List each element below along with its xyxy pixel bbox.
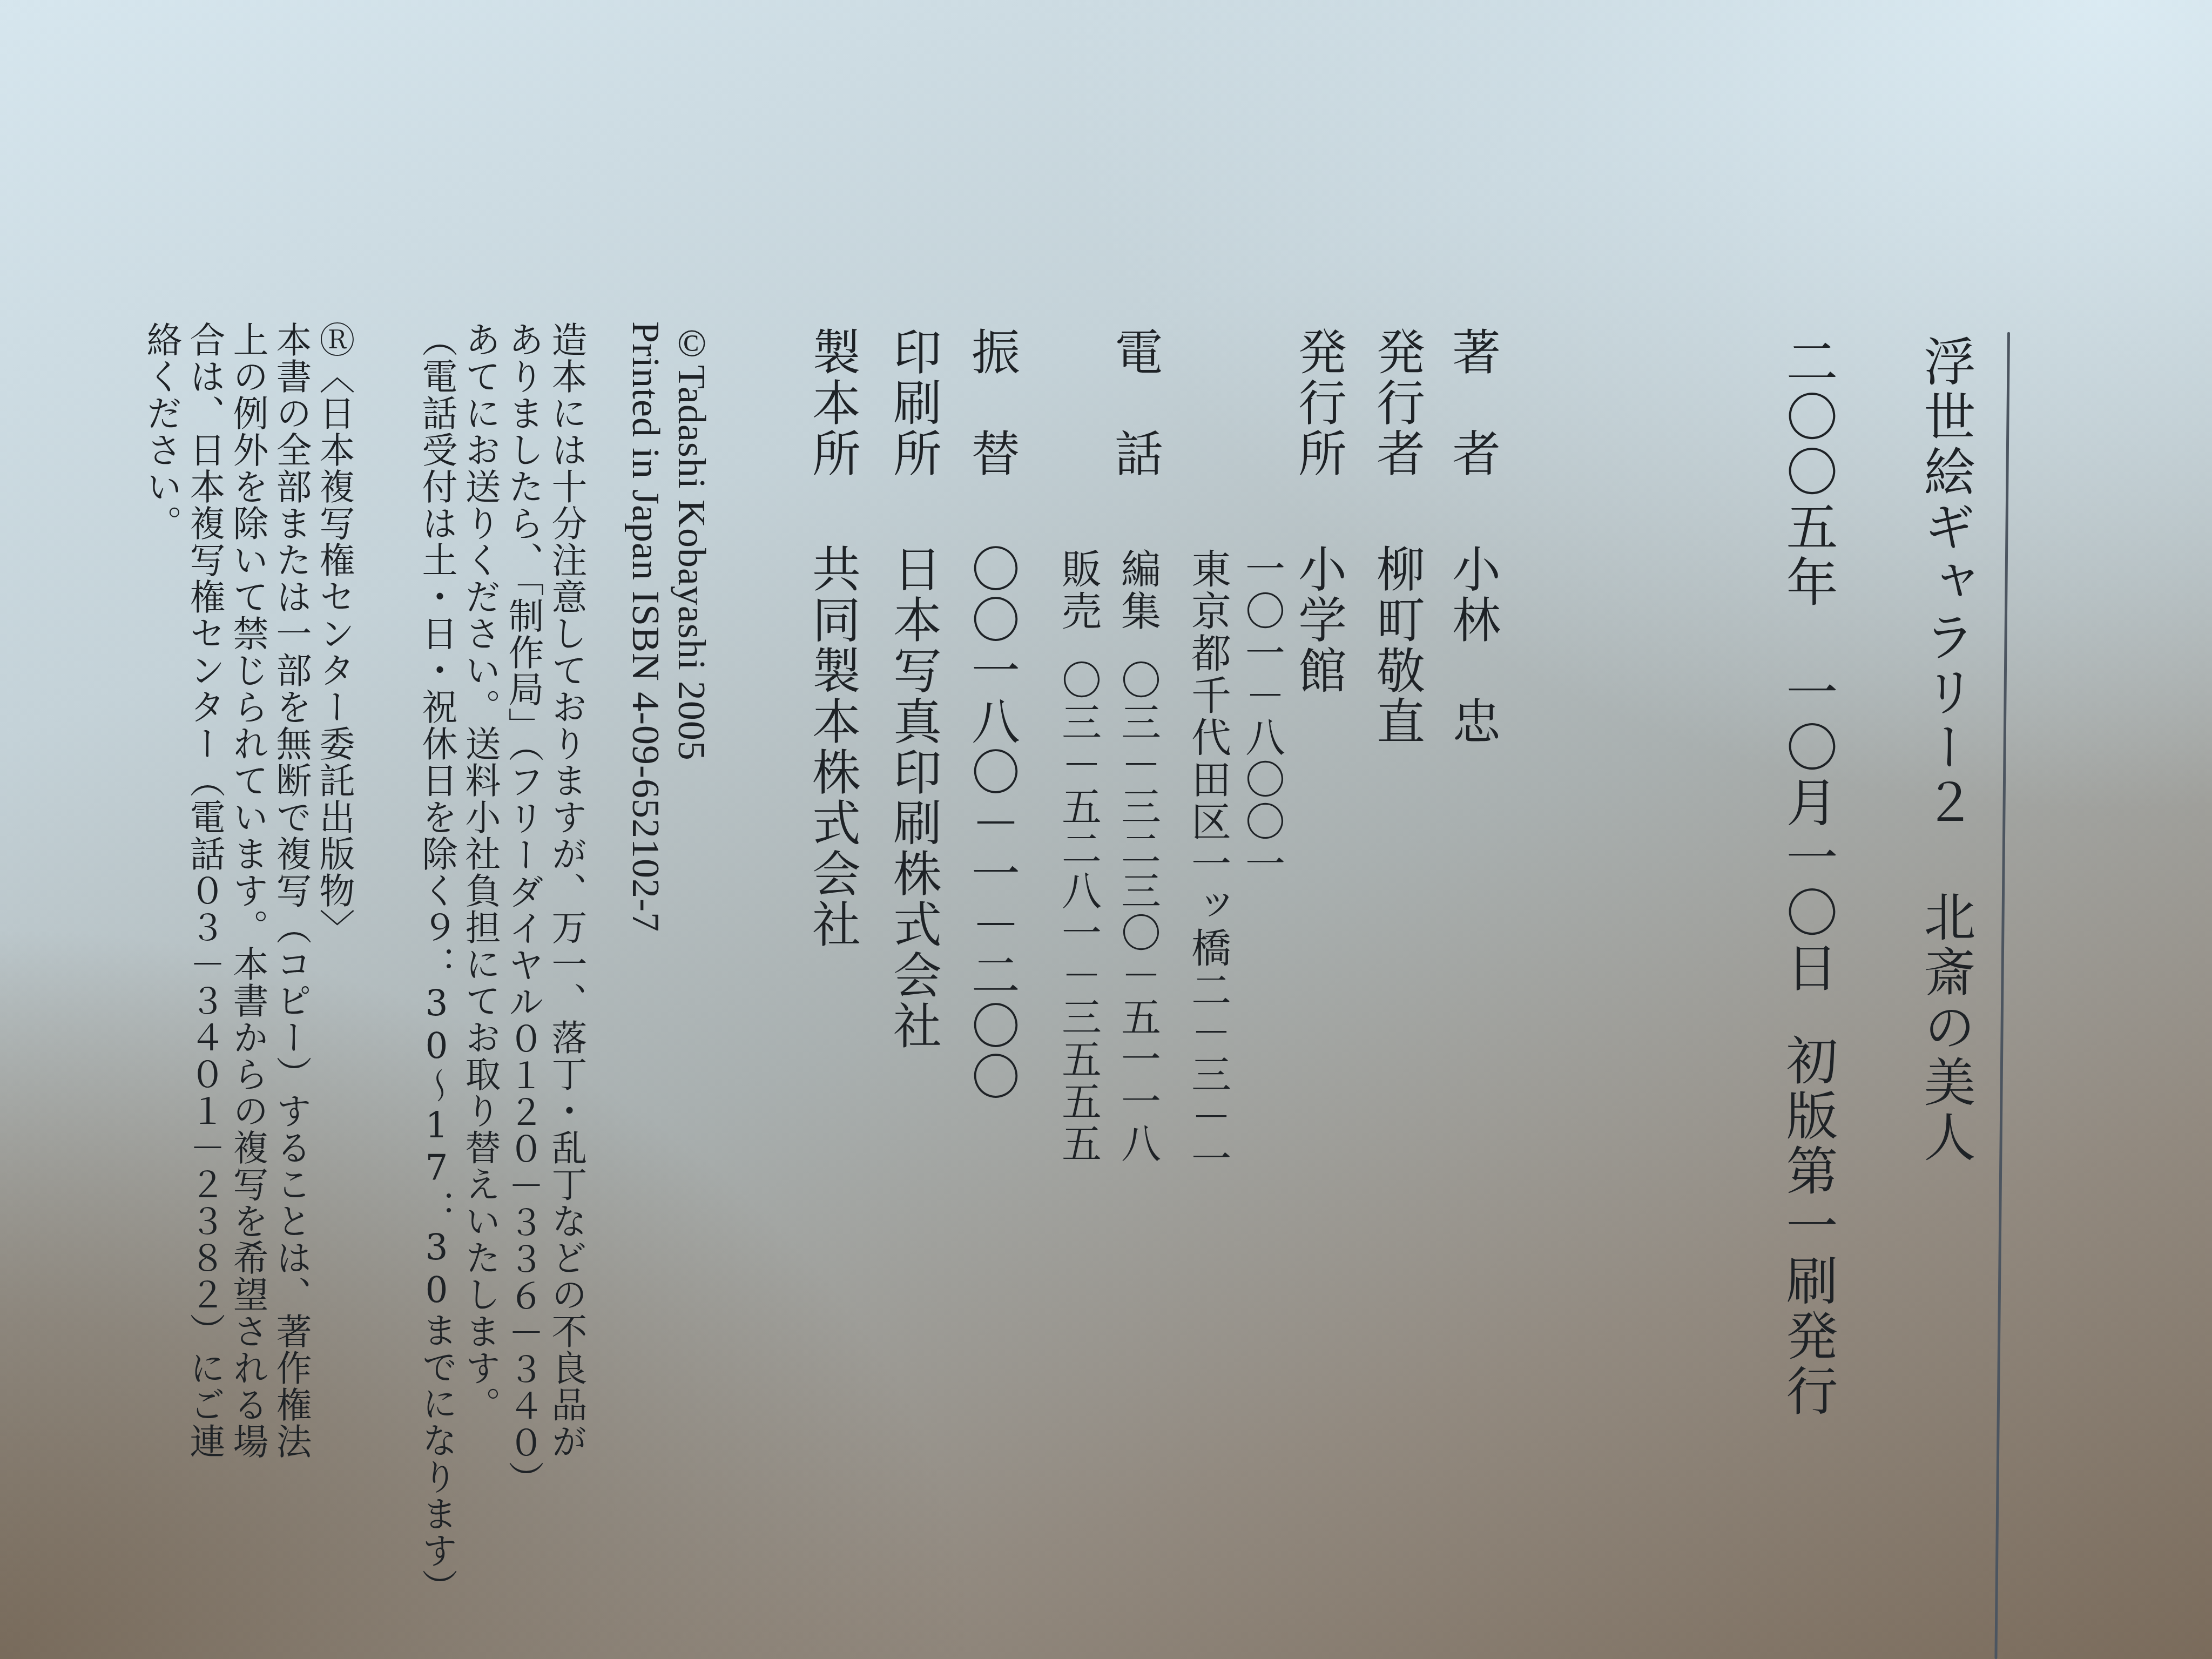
phone-label: 電 話 — [1110, 327, 1158, 479]
publication-date: 二〇〇五年 一〇月一〇日 — [1778, 335, 1838, 996]
binder-line: 製本所共同製本株式会社 — [807, 327, 856, 950]
binder-label: 製本所 — [807, 327, 856, 479]
copyright-notice: ©Tadashi Kobayashi 2005 — [672, 321, 711, 761]
jrrc-notice-line-2: 本書の全部または一部を無断で複写（コピー）することは、著作権法 — [273, 321, 308, 1460]
header-rule-divider — [1994, 332, 2010, 1659]
transfer-number: 〇〇一八〇－一－二〇〇 — [967, 544, 1015, 1102]
transfer-line: 振 替〇〇一八〇－一－二〇〇 — [967, 327, 1015, 1102]
jrrc-notice-line-5: 絡ください。 — [143, 321, 179, 542]
jrrc-notice-line-4: 合は、日本複写権センター（電話０３－３４０１－２３８２）にご連 — [186, 321, 222, 1460]
binder-name: 共同製本株式会社 — [807, 544, 856, 950]
phone-sales-label: 販売 — [1055, 548, 1102, 632]
series-title: 浮世絵ギャラリー２ — [1916, 335, 1976, 831]
defect-notice-line-1: 造本には十分注意しておりますが、万一、落丁・乱丁などの不良品が — [548, 321, 584, 1460]
book-title-line: 浮世絵ギャラリー２北斎の美人 — [1920, 335, 1972, 1165]
printed-isbn: Printed in Japan ISBN 4-09-652102-7 — [626, 321, 665, 932]
printer-name: 日本写真印刷株式会社 — [888, 544, 937, 1051]
phone-sales-line: 販売〇三－五二八一－三五五五 — [1058, 548, 1098, 1165]
edition: 初版第一刷発行 — [1778, 1034, 1838, 1419]
postal-code: 一〇一－八〇〇一 — [1242, 548, 1282, 885]
publisher-company-line: 発行所小学館 — [1293, 327, 1342, 696]
defect-notice-line-3: あてにお送りください。送料小社負担にてお取り替えいたします。 — [462, 321, 497, 1423]
phone-editorial-number: 〇三－三二三〇－五一一八 — [1115, 659, 1161, 1165]
phone-editorial-line: 編集〇三－三二三〇－五一一八 — [1118, 548, 1158, 1165]
phone-sales-number: 〇三－五二八一－三五五五 — [1055, 659, 1102, 1165]
publisher-person-label: 発行者 — [1372, 327, 1420, 479]
publisher-company-name: 小学館 — [1293, 544, 1342, 696]
colophon-page: 浮世絵ギャラリー２北斎の美人 二〇〇五年 一〇月一〇日初版第一刷発行 著 者小林… — [0, 0, 2212, 1659]
author-label: 著 者 — [1447, 327, 1496, 479]
printer-label: 印刷所 — [888, 327, 937, 479]
printer-line: 印刷所日本写真印刷株式会社 — [888, 327, 937, 1051]
transfer-label: 振 替 — [967, 327, 1015, 479]
publisher-person-line: 発行者柳町敬直 — [1372, 327, 1420, 747]
publisher-company-label: 発行所 — [1293, 327, 1342, 479]
phone-editorial-label: 編集 — [1115, 548, 1161, 632]
jrrc-notice-line-1: Ⓡ〈日本複写権センター委託出版物〉 — [316, 321, 352, 946]
defect-notice-line-4: （電話受付は土・日・祝休日を除く９：30～17：30までになります） — [419, 321, 454, 1606]
publication-date-line: 二〇〇五年 一〇月一〇日初版第一刷発行 — [1782, 335, 1834, 1419]
author-name: 小林 忠 — [1447, 544, 1496, 747]
defect-notice-line-2: ありましたら、「制作局」（フリーダイヤル０１２０－３３６－３４０） — [505, 321, 541, 1498]
jrrc-notice-line-3: 上の例外を除いて禁じられています。本書からの複写を希望される場 — [230, 321, 265, 1460]
publisher-address: 東京都千代田区一ッ橋二－三－一 — [1188, 548, 1228, 1180]
publisher-person-name: 柳町敬直 — [1372, 544, 1420, 747]
author-line: 著 者小林 忠 — [1447, 327, 1496, 747]
book-title: 北斎の美人 — [1916, 890, 1976, 1165]
